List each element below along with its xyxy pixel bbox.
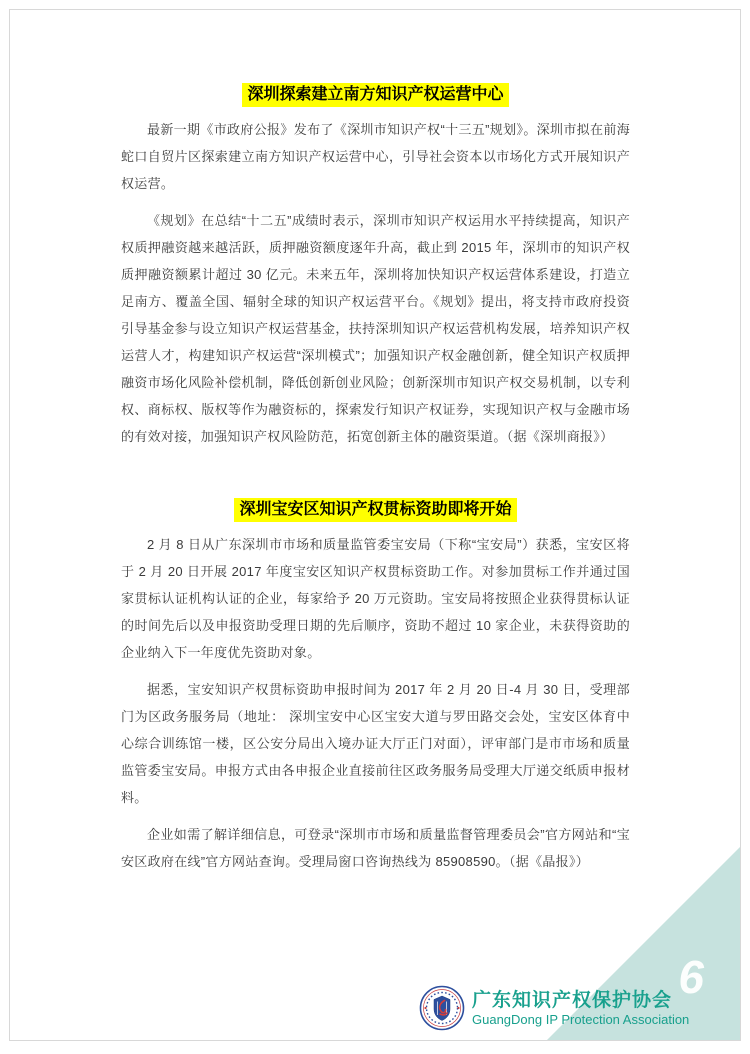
article-title-highlight: 深圳探索建立南方知识产权运营中心	[242, 83, 508, 107]
article-title: 深圳宝安区知识产权贯标资助即将开始	[121, 498, 630, 522]
org-name-en: GuangDong IP Protection Association	[472, 1012, 689, 1027]
article-paragraph: 最新一期《市政府公报》发布了《深圳市知识产权“十三五”规划》。深圳市拟在前海蛇口…	[121, 116, 630, 197]
org-name-zh: 广东知识产权保护协会	[472, 990, 689, 1012]
article-paragraph: 《规划》在总结“十二五”成绩时表示，深圳市知识产权运用水平持续提高，知识产权质押…	[121, 207, 630, 450]
footer-brand: 广东知识产权保护协会 GuangDong IP Protection Assoc…	[419, 985, 689, 1031]
article-section-south-ip-center: 深圳探索建立南方知识产权运营中心 最新一期《市政府公报》发布了《深圳市知识产权“…	[121, 83, 630, 450]
footer-brand-text: 广东知识产权保护协会 GuangDong IP Protection Assoc…	[472, 990, 689, 1027]
article-title-highlight: 深圳宝安区知识产权贯标资助即将开始	[234, 498, 516, 522]
article-paragraph: 企业如需了解详细信息，可登录“深圳市市场和质量监督管理委员会”官方网站和“宝安区…	[121, 821, 630, 875]
screenshot-viewport: 深圳探索建立南方知识产权运营中心 最新一期《市政府公报》发布了《深圳市知识产权“…	[0, 0, 750, 1054]
article-title: 深圳探索建立南方知识产权运营中心	[121, 83, 630, 107]
article-paragraph: 2 月 8 日从广东深圳市市场和质量监管委宝安局（下称“宝安局”）获悉，宝安区将…	[121, 531, 630, 666]
document-page: 深圳探索建立南方知识产权运营中心 最新一期《市政府公报》发布了《深圳市知识产权“…	[9, 9, 741, 1041]
page-content: 深圳探索建立南方知识产权运营中心 最新一期《市政府公报》发布了《深圳市知识产权“…	[10, 10, 740, 875]
association-logo-icon	[419, 985, 465, 1031]
article-paragraph: 据悉，宝安知识产权贯标资助申报时间为 2017 年 2 月 20 日-4 月 3…	[121, 676, 630, 811]
article-section-baoan-subsidy: 深圳宝安区知识产权贯标资助即将开始 2 月 8 日从广东深圳市市场和质量监管委宝…	[121, 498, 630, 875]
